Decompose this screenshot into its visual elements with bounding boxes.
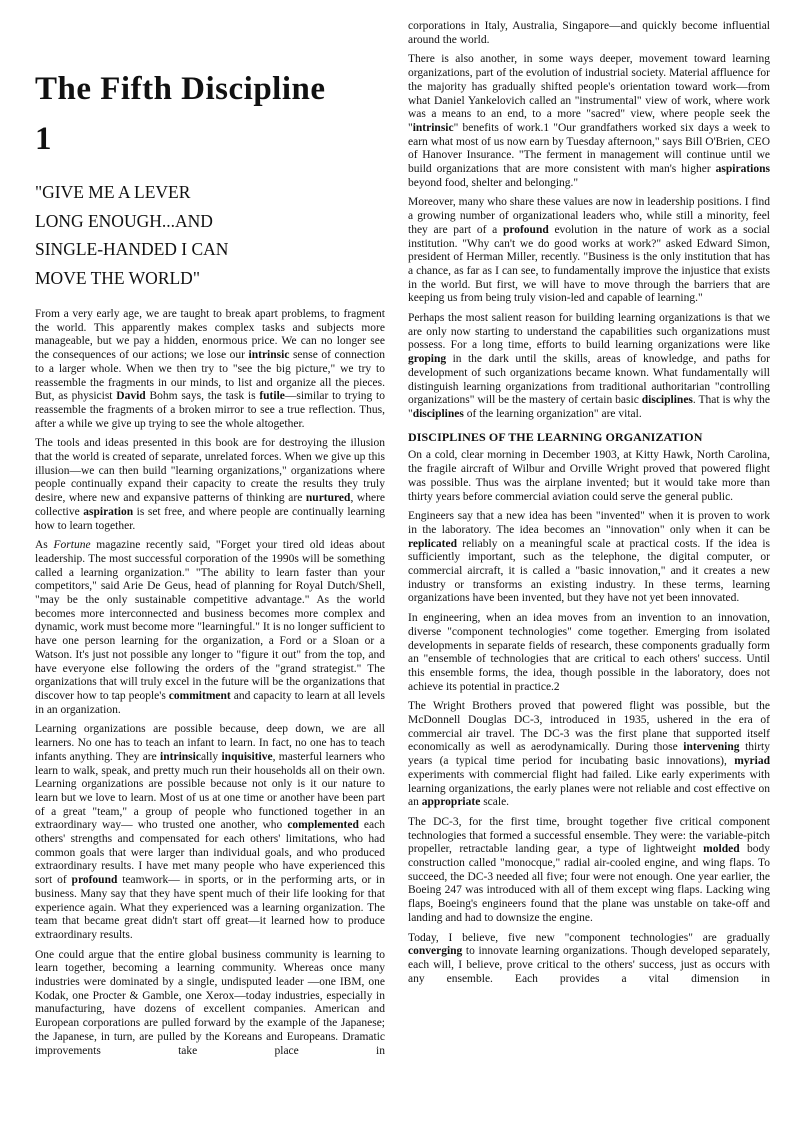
paragraph: Engineers say that a new idea has been "… — [408, 510, 770, 606]
paragraph: corporations in Italy, Australia, Singap… — [408, 20, 770, 47]
paragraph: There is also another, in some ways deep… — [408, 53, 770, 190]
paragraph: One could argue that the entire global b… — [35, 949, 385, 1059]
epigraph-line: MOVE THE WORLD" — [35, 264, 385, 293]
left-column: The Fifth Discipline 1 "GIVE ME A LEVER … — [35, 0, 385, 1064]
epigraph-line: "GIVE ME A LEVER — [35, 178, 385, 207]
paragraph: Today, I believe, five new "component te… — [408, 932, 770, 987]
left-column-text: From a very early age, we are taught to … — [35, 308, 385, 1058]
epigraph-line: SINGLE-HANDED I CAN — [35, 235, 385, 264]
right-column: corporations in Italy, Australia, Singap… — [408, 0, 770, 992]
title-line-2: 1 — [35, 114, 385, 164]
paragraph: Moreover, many who share these values ar… — [408, 196, 770, 306]
paragraph: On a cold, clear morning in December 190… — [408, 449, 770, 504]
paragraph: Perhaps the most salient reason for buil… — [408, 312, 770, 422]
paragraph: The tools and ideas presented in this bo… — [35, 437, 385, 533]
right-column-text: corporations in Italy, Australia, Singap… — [408, 20, 770, 986]
chapter-epigraph: "GIVE ME A LEVER LONG ENOUGH...AND SINGL… — [35, 178, 385, 292]
section-heading: DISCIPLINES OF THE LEARNING ORGANIZATION — [408, 431, 770, 445]
paragraph: As Fortune magazine recently said, "Forg… — [35, 539, 385, 717]
paragraph: In engineering, when an idea moves from … — [408, 612, 770, 694]
title-line-1: The Fifth Discipline — [35, 64, 385, 114]
paragraph: The DC-3, for the first time, brought to… — [408, 816, 770, 926]
page-title: The Fifth Discipline 1 — [35, 64, 385, 164]
paragraph: From a very early age, we are taught to … — [35, 308, 385, 431]
epigraph-line: LONG ENOUGH...AND — [35, 207, 385, 236]
paragraph: The Wright Brothers proved that powered … — [408, 700, 770, 810]
document-page: The Fifth Discipline 1 "GIVE ME A LEVER … — [0, 0, 793, 1122]
paragraph: Learning organizations are possible beca… — [35, 723, 385, 942]
